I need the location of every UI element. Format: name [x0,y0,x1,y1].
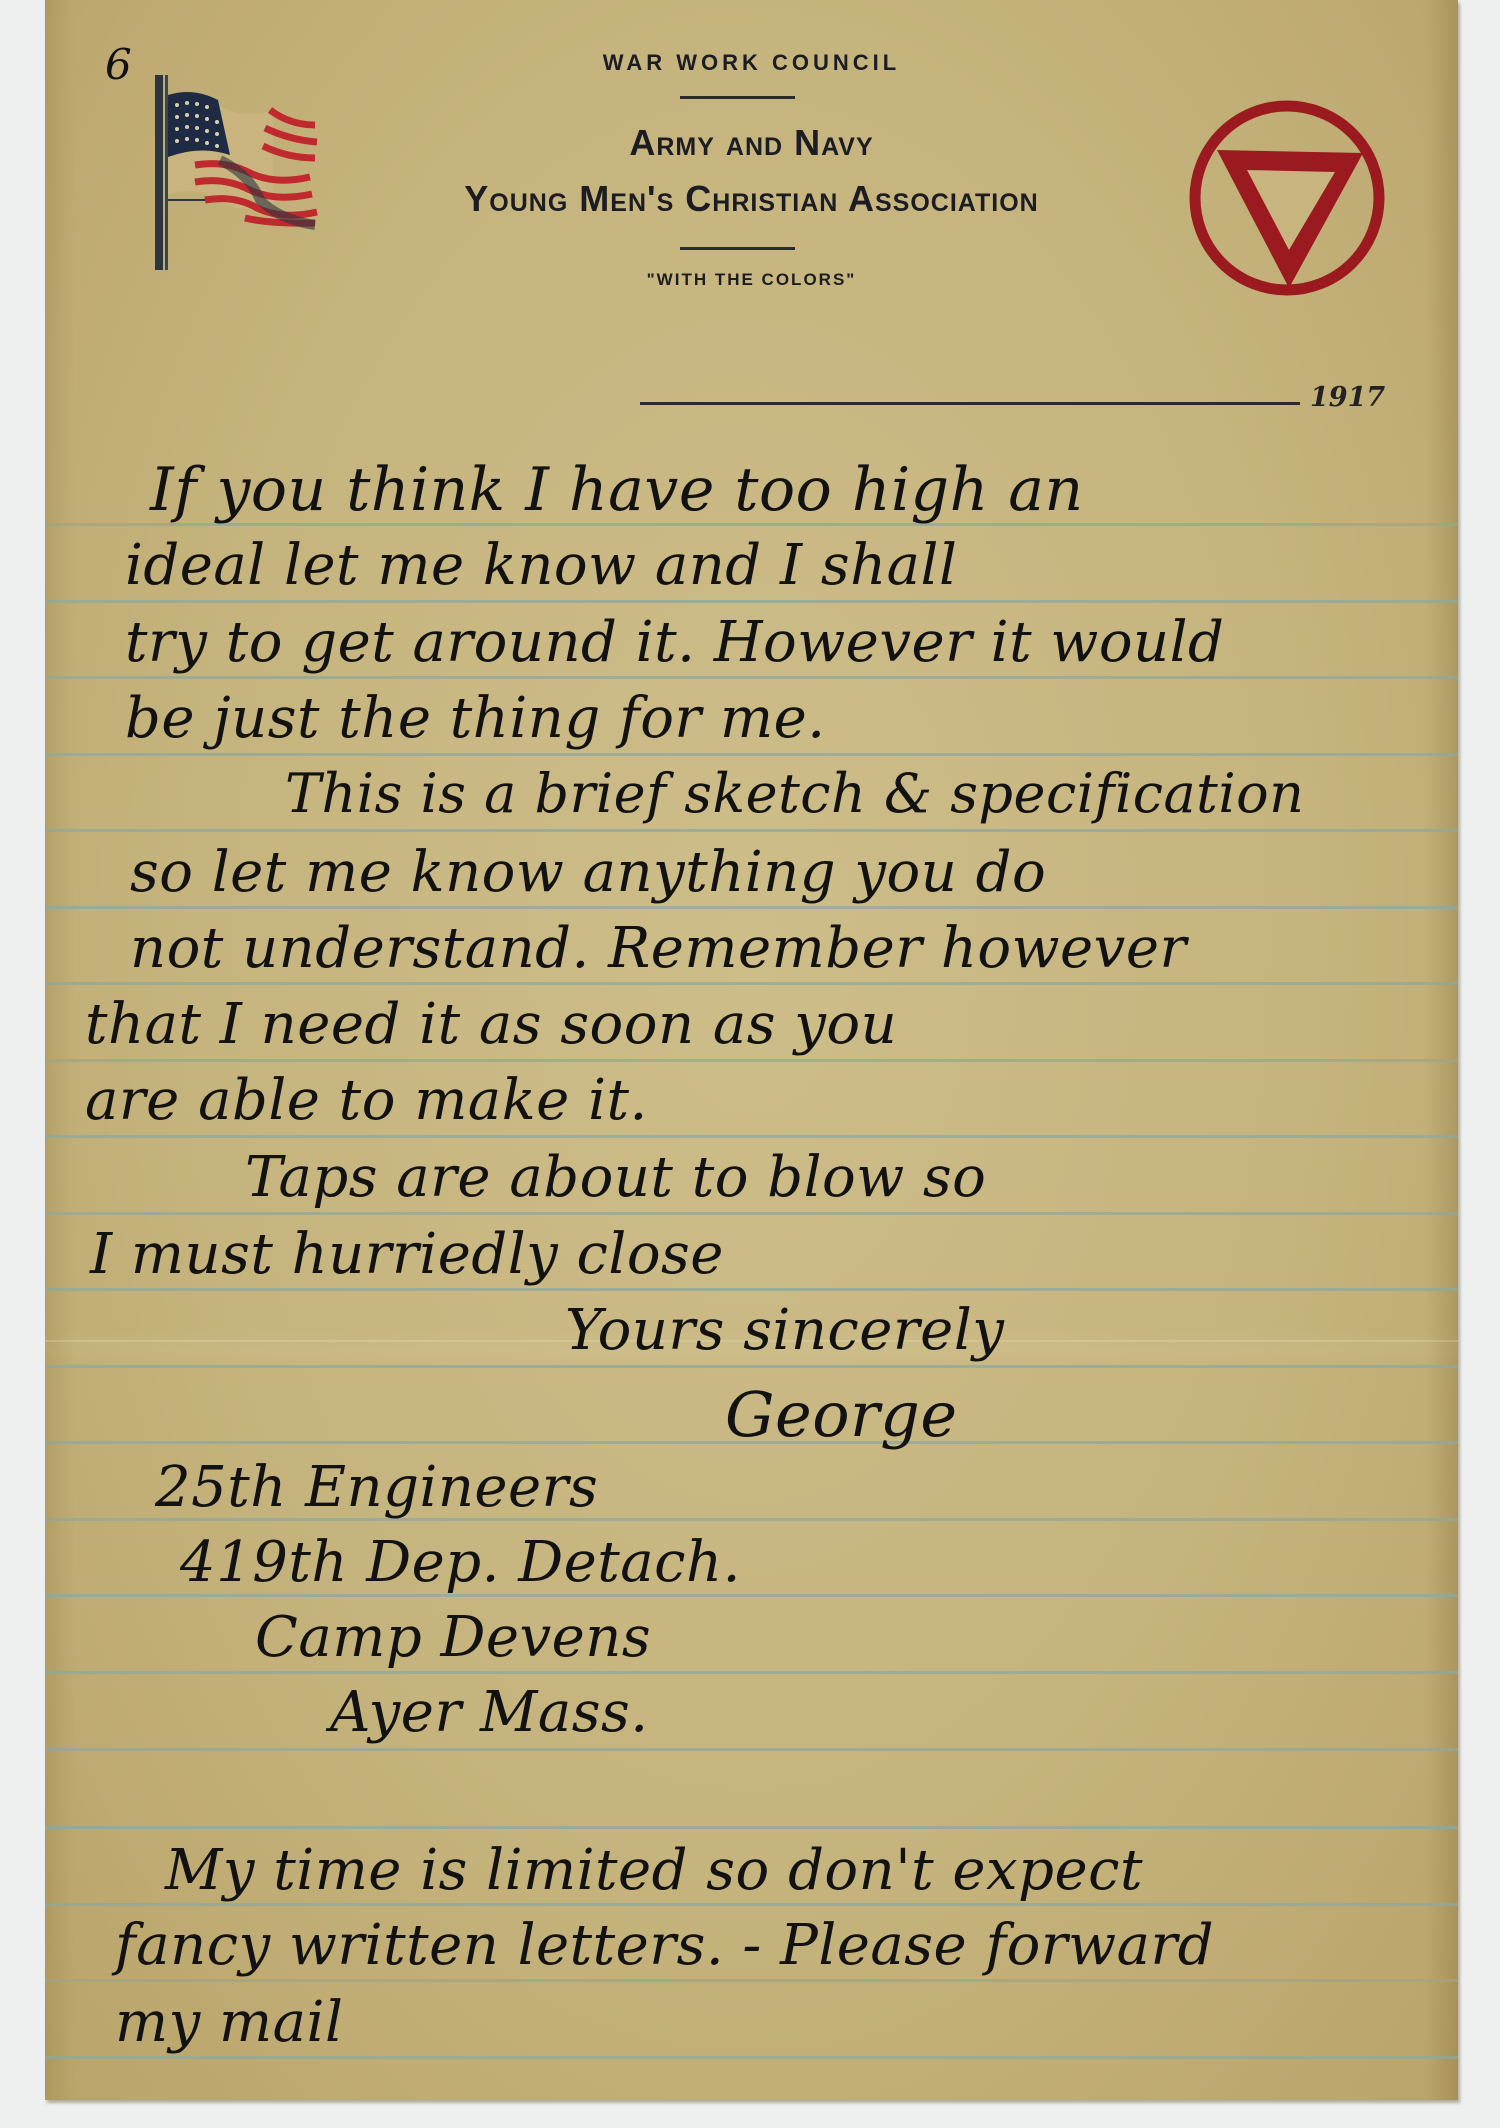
body-line: so let me know anything you do [130,840,1046,905]
ruled-line [45,1365,1458,1368]
body-line: Taps are about to blow so [245,1145,986,1210]
body-line: be just the thing for me. [125,686,826,751]
date-year: 1917 [1310,382,1385,413]
ruled-line [45,1903,1458,1906]
american-flag-icon [145,70,325,270]
ruled-line [45,1826,1458,1829]
body-line: If you think I have too high an [150,455,1084,525]
ruled-line [45,1288,1458,1291]
body-line: are able to make it. [85,1068,648,1133]
ruled-line [45,600,1458,603]
body-line: ideal let me know and I shall [125,533,957,598]
letterhead-divider [680,96,795,99]
ruled-line [45,829,1458,832]
ruled-line [45,753,1458,756]
ruled-line [45,676,1458,679]
letterhead-divider [680,247,795,250]
ymca-triangle-emblem-icon [1185,98,1390,298]
ruled-line [45,1059,1458,1062]
body-line: try to get around it. However it would [125,610,1224,675]
body-line: that I need it as soon as you [85,992,897,1057]
ruled-line [45,982,1458,985]
postscript-line: my mail [115,1990,343,2055]
closing: Yours sincerely [565,1298,1004,1363]
body-line: not understand. Remember however [130,916,1187,981]
address-line: 419th Dep. Detach. [180,1530,741,1595]
letterhead-council: WAR WORK COUNCIL [45,50,1458,76]
postscript-line: fancy written letters. - Please forward [115,1913,1214,1978]
ruled-line [45,906,1458,909]
ruled-line [45,1212,1458,1215]
body-line: I must hurriedly close [90,1222,724,1287]
date-line [640,402,1300,405]
address-line: Ayer Mass. [330,1680,649,1745]
ruled-line [45,1748,1458,1751]
ruled-line [45,2056,1458,2059]
ruled-line [45,1979,1458,1982]
signature: George [725,1378,958,1451]
body-line: This is a brief sketch & specification [285,762,1304,825]
address-line: Camp Devens [255,1605,651,1670]
postscript-line: My time is limited so don't expect [165,1838,1143,1903]
ruled-line [45,1671,1458,1674]
address-line: 25th Engineers [155,1455,598,1520]
ruled-line [45,1135,1458,1138]
letter-page: 6 WAR WORK COUNCIL Army and Navy Young M… [45,0,1458,2100]
